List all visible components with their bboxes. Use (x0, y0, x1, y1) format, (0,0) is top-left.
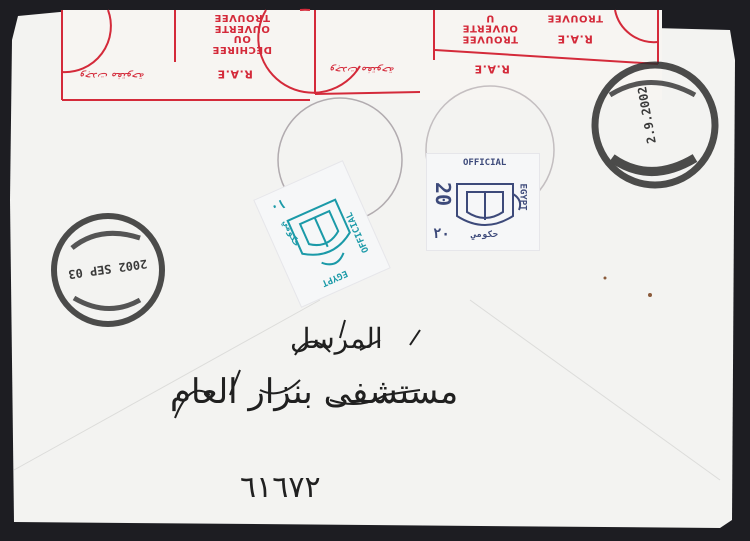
label2-text: TROUVEE OUVERTE U (440, 12, 540, 44)
stamp1-arabic-official: حكومي (471, 230, 498, 240)
handwriting-sender-name: مستشفى بنزار العام (170, 372, 458, 412)
handwriting-postal-code: ٦١٦٧٢ (240, 470, 321, 505)
stamp1-official: OFFICIAL (463, 158, 506, 168)
repair-label-strip (62, 10, 662, 100)
stamp1-value: 20 (431, 182, 455, 206)
stamp1-country: EGYPT (518, 183, 528, 210)
stamp-20p-official: 20 OFFICIAL EGYPT ٢٠ حكومي (427, 154, 539, 250)
handwriting-sender-label: المرسل (290, 322, 383, 355)
label2-rae: R.A.E (462, 63, 522, 75)
label2-line-u: U (440, 12, 540, 23)
label2-arabic: وجدت مفتوحة (330, 64, 395, 77)
label1-text: DECHIREE OU OUVERTE TROUVEE (192, 12, 292, 54)
label3-rae: R.A.E (545, 33, 605, 45)
label2-line-ouverte: OUVERTE (440, 23, 540, 34)
label1-rae: R.A.E (205, 68, 265, 80)
label1-line-trouvee: TROUVEE (192, 12, 292, 23)
label1-arabic: وجدت مفتوحة (80, 70, 145, 83)
label1-line-dechiree: DECHIREE (192, 44, 292, 55)
label1-line-ouverte: OUVERTE (192, 23, 292, 34)
label3-trouvee: TROUVEE (540, 12, 610, 23)
label1-line-ou: OU (192, 33, 292, 44)
stamp1-arabic-value: ٢٠ (433, 226, 450, 242)
label2-line-trouvee: TROUVEE (440, 33, 540, 44)
